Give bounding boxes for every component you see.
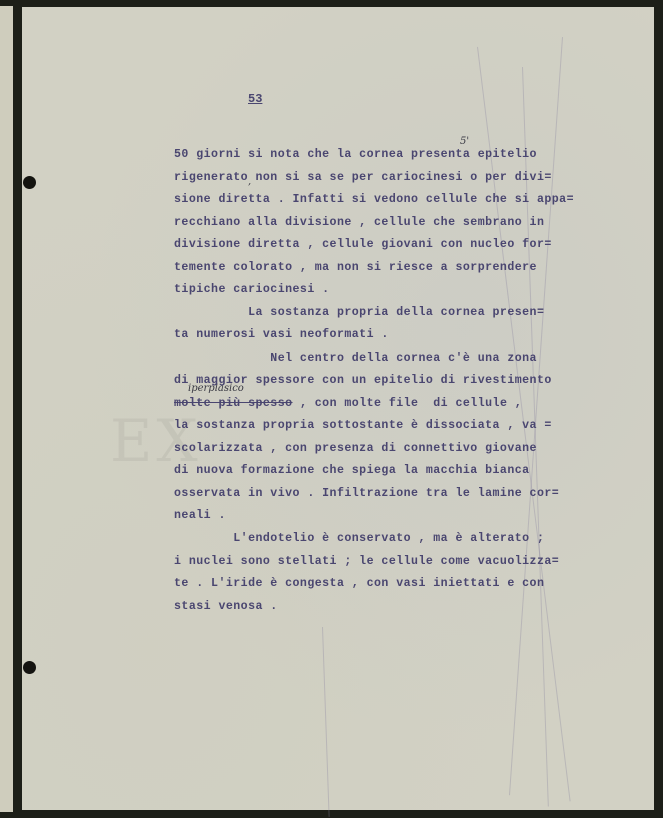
text-line: divisione diretta , cellule giovani con …	[174, 238, 552, 251]
text-line: rigenerato non si sa se per cariocinesi …	[174, 171, 552, 184]
text-line: te . L'iride è congesta , con vasi iniet…	[174, 577, 544, 590]
text-line: Nel centro della cornea c'è una zona	[174, 352, 537, 365]
text-line: la sostanza propria sottostante è dissoc…	[174, 419, 552, 432]
previous-page-edge	[0, 6, 13, 812]
text-line: La sostanza propria della cornea presen=	[174, 306, 544, 319]
text-line-with-strikethrough: molte più spesso , con molte file di cel…	[174, 397, 522, 410]
struck-text: molte più spesso	[174, 397, 293, 410]
text-line: sione diretta . Infatti si vedono cellul…	[174, 193, 574, 206]
text-line: osservata in vivo . Infiltrazione tra le…	[174, 487, 559, 500]
text-line: i nuclei sono stellati ; le cellule come…	[174, 555, 559, 568]
text-line: scolarizzata , con presenza di connettiv…	[174, 442, 537, 455]
punch-hole	[23, 661, 36, 674]
page-number: 53	[248, 92, 262, 106]
text-line: recchiano alla divisione , cellule che s…	[174, 216, 544, 229]
text-line: stasi venosa .	[174, 600, 278, 613]
text-line: di nuova formazione che spiega la macchi…	[174, 464, 530, 477]
punch-hole	[23, 176, 36, 189]
handwritten-margin-mark: 5'	[460, 136, 469, 147]
text-line: L'endotelio è conservato , ma è alterato…	[174, 532, 544, 545]
text-line: di maggior spessore con un epitelio di r…	[174, 374, 552, 387]
text-line: 50 giorni si nota che la cornea presenta…	[174, 148, 537, 161]
text-line: neali .	[174, 509, 226, 522]
text-line: tipiche cariocinesi .	[174, 283, 330, 296]
text-line-rest: , con molte file di cellule ,	[293, 397, 523, 410]
paper-crease	[322, 627, 330, 817]
text-line: ta numerosi vasi neoformati .	[174, 328, 389, 341]
text-line: temente colorato , ma non si riesce a so…	[174, 261, 537, 274]
